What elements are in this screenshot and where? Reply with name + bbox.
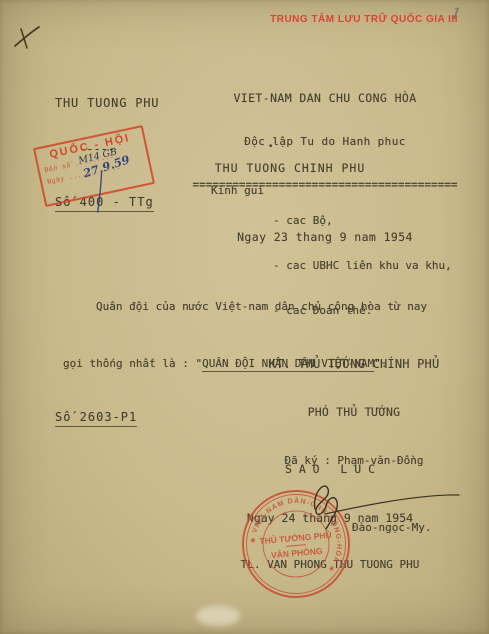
- paragraph-line2-prefix: gọi thống nhất là : ": [63, 357, 202, 370]
- receipt-stamp: QUỐC - HỘI Đến số .......... Ngày ......…: [33, 125, 155, 207]
- handwritten-page-number: 1: [449, 3, 463, 24]
- signer-title-line1: KT. THỦ TƯỚNG CHÍNH PHỦ: [245, 357, 463, 372]
- center-mark: •: [268, 142, 273, 153]
- copy-title: S A O L U C: [228, 462, 432, 476]
- paper-smudge: [196, 606, 240, 626]
- recipient-item: - cac Bộ,: [273, 212, 452, 230]
- handwritten-x-mark-icon: [11, 22, 43, 50]
- copy-signer-name: Đào-ngọc-My.: [352, 521, 431, 535]
- signer-title-line2: PHÓ THỦ TƯỚNG: [245, 405, 463, 419]
- document-page: TRUNG TÂM LƯU TRỮ QUỐC GIA III 1 THU TUO…: [0, 0, 489, 634]
- issuing-office: THU TUONG PHU: [55, 96, 159, 111]
- paragraph-line1: Quân đội của nước Việt-nam dân chủ cộng …: [63, 297, 448, 316]
- stamp-inner-line2: VĂN PHÒNG: [271, 545, 324, 560]
- archive-center-label: TRUNG TÂM LƯU TRỮ QUỐC GIA III: [270, 14, 458, 25]
- nation-title: VIET-NAM DAN CHU CONG HÒA: [192, 91, 458, 105]
- document-title: THU TUONG CHINH PHU: [190, 161, 390, 175]
- nation-motto: Độc lập Tu do Hanh phuc: [192, 135, 458, 149]
- copy-ref-number: Số 2603-P1: [55, 410, 137, 427]
